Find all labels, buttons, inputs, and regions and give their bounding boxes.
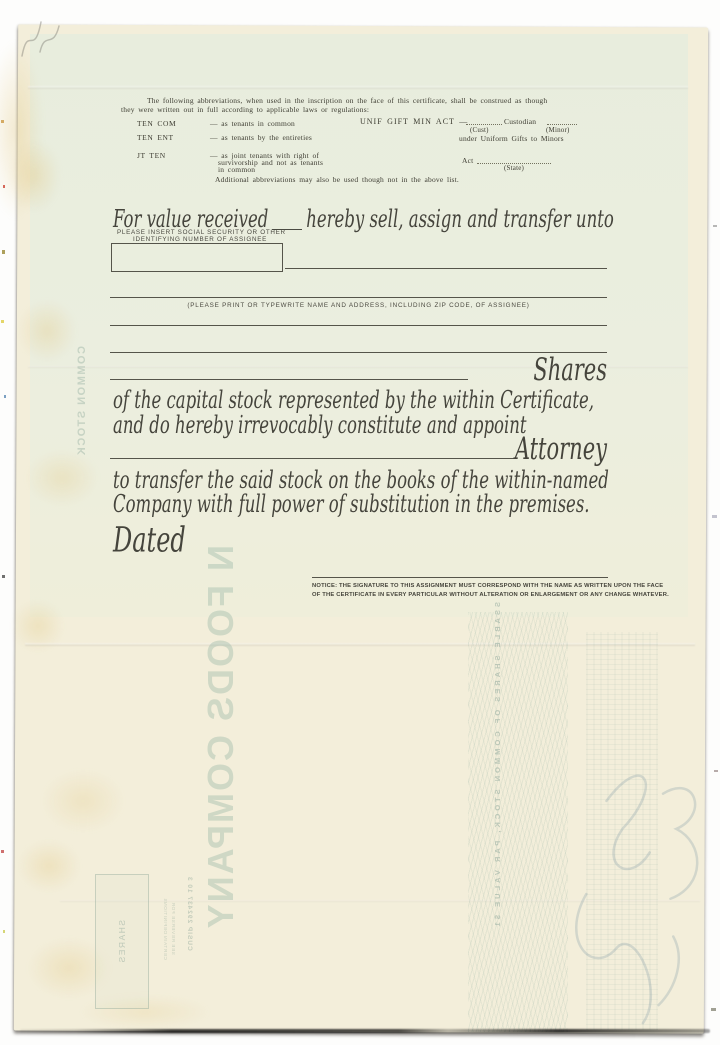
ssn-entry-box [111,243,283,272]
scan-noise [3,185,5,188]
abbr-intro-line-2: they were written out in full according … [121,105,369,114]
show-through-see-reverse-2: CERTAIN DEFINITIONS [162,898,167,960]
show-through-see-reverse-1: SEE REVERSE FOR [170,902,175,955]
scan-noise [4,395,6,398]
assignment-body-text-1: of the capital stock represented by the … [113,386,594,414]
fold-crease [28,86,688,89]
notice-line-2: OF THE CERTIFICATE IN EVERY PARTICULAR W… [312,592,669,598]
unif-under-minors: under Uniform Gifts to Minors [459,134,564,143]
attorney-text: Attorney [515,431,607,466]
stain [18,300,76,362]
abbr-ten-ent-def: — as tenants by the entireties [210,133,312,142]
abbr-intro-line-1: The following abbreviations, when used i… [147,96,547,105]
show-through-cusip: CUSIP 292437 10 3 [186,876,193,951]
stain [26,450,98,506]
scan-noise [1,120,4,123]
shares-label: Shares [533,363,607,387]
print-name-note: (PLEASE PRINT OR TYPEWRITE NAME AND ADDR… [110,302,607,309]
scan-noise [711,1008,716,1011]
show-through-company-name: N FOODS COMPANY [200,545,242,930]
scan-noise [1,850,4,853]
unif-state-caption: (State) [504,164,524,172]
abbr-jt-ten-def-3: in common [218,165,255,174]
assignment-body-line-4: Company with full power of substitution … [113,499,590,518]
notice-line-1: NOTICE: THE SIGNATURE TO THIS ASSIGNMENT… [312,583,663,589]
scan-noise [712,515,717,518]
scan-noise [2,575,5,578]
unif-cust-dotted-line [466,124,502,125]
ssn-label-line-2: IDENTIFYING NUMBER OF ASSIGNEE [133,236,267,243]
shares-write-in-line [110,379,468,380]
scan-noise [713,225,717,227]
unif-act: Act [462,156,473,165]
show-through-shares-label: SHARES [117,920,127,964]
bottom-scan-shadow [20,1029,710,1033]
assignment-body-line-2: and do hereby irrevocably constitute and… [113,420,527,439]
show-through-common-stock: COMMON STOCK [76,346,88,457]
unif-custodian: Custodian [504,117,536,126]
unif-gift-label: UNIF GIFT MIN ACT — [360,117,468,126]
dated-label: Dated [113,532,186,560]
scan-noise [3,930,5,933]
scan-noise [714,770,718,772]
scan-noise [1,320,4,323]
shares-text: Shares [533,352,607,387]
write-in-line [110,297,607,298]
stain [18,840,80,892]
stain [42,770,124,832]
abbr-ten-com-def: — as tenants in common [210,119,295,128]
for-value-received-line: For value received hereby sell, assign a… [113,199,607,233]
stain [8,140,60,212]
pencil-mark [14,10,66,66]
abbr-ten-ent: TEN ENT [137,133,174,142]
dated-text: Dated [113,519,186,560]
scan-noise [2,250,5,254]
abbr-ten-com: TEN COM [137,119,176,128]
show-through-shares-box: SHARES [95,874,149,1009]
unif-cust-caption: (Cust) [470,126,489,134]
attorney-label: Attorney [515,442,607,466]
ssn-label-line-1: PLEASE INSERT SOCIAL SECURITY OR OTHER [117,229,286,236]
abbr-jt-ten: JT TEN [137,151,166,160]
write-in-line [285,268,607,269]
unif-minor-caption: (Minor) [546,126,570,134]
assignment-body-text-2: and do hereby irrevocably constitute and… [113,411,527,439]
sell-assign-transfer-text: hereby sell, assign and transfer unto [306,205,613,233]
write-in-line [110,325,607,326]
assignment-body-text-4: Company with full power of substitution … [113,490,590,518]
attorney-write-in-line [110,458,517,459]
abbr-additional-note: Additional abbreviations may also be use… [215,175,459,184]
signature-line [312,577,608,578]
unif-minor-dotted-line [547,124,577,125]
scanned-certificate-back: COMMON STOCK N FOODS COMPANY SSABLE SHAR… [0,0,720,1045]
